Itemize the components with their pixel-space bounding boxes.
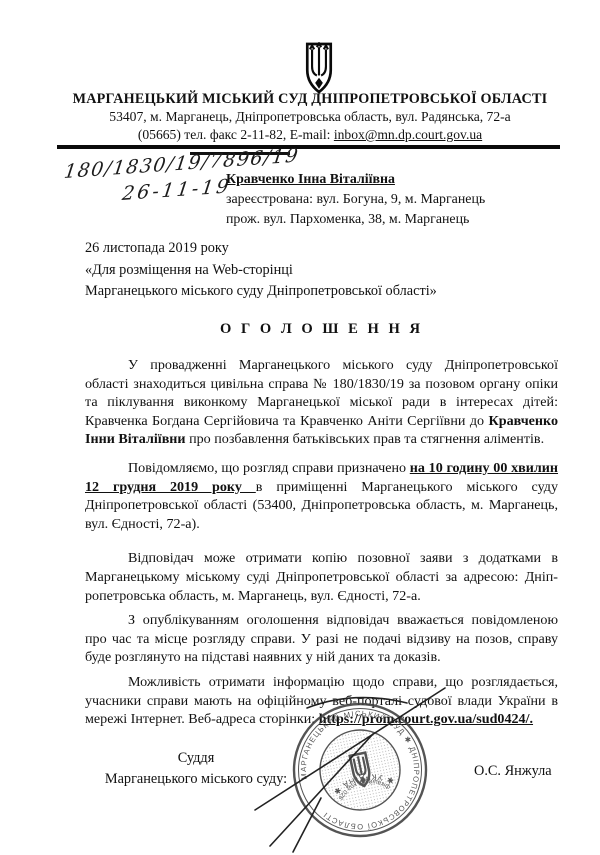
letterhead: МАРГАНЕЦЬКИЙ МІСЬКИЙ СУД ДНІПРОПЕТРОВСЬК… xyxy=(60,90,560,144)
p2-text: Повідомляємо, що розгляд справи призначе… xyxy=(128,460,410,476)
court-address: 53407, м. Марганець, Дніпропетровська об… xyxy=(60,108,560,126)
court-email: inbox@mn.dp.court.gov.ua xyxy=(334,127,482,142)
signer-name: О.С. Янжула xyxy=(474,763,552,780)
paragraph-notice-effect: З опублікуванням оголошення відповідач в… xyxy=(85,611,558,667)
document-title: О Г О Л О Ш Е Н Н Я xyxy=(85,321,558,338)
paragraph-case-info: У провадженні Марганецького міського суд… xyxy=(85,356,558,449)
court-name: МАРГАНЕЦЬКИЙ МІСЬКИЙ СУД ДНІПРОПЕТРОВСЬК… xyxy=(60,90,560,108)
recipient-residence-address: прож. вул. Пархоменка, 38, м. Марганець xyxy=(226,210,546,230)
p1-text: У провадженні Марганецького міського суд… xyxy=(85,357,558,429)
recipient-name: Кравченко Інна Віталіївна xyxy=(226,170,546,190)
purpose-line-2: Марганецького міського суду Дніпропетров… xyxy=(85,281,505,303)
scanned-court-document-page: МАРГАНЕЦЬКИЙ МІСЬКИЙ СУД ДНІПРОПЕТРОВСЬК… xyxy=(0,0,600,855)
court-seal: МАРГАНЕЦЬКИЙ МІСЬКИЙ СУД ✱ ДНІПРОПЕТРОВС… xyxy=(235,678,465,855)
recipient-registered-address: зареєстрована: вул. Богуна, 9, м. Марган… xyxy=(226,190,546,210)
document-meta: 26 листопада 2019 року «Для розміщення н… xyxy=(85,238,505,303)
document-date: 26 листопада 2019 року xyxy=(85,238,505,260)
paragraph-copy-info: Відповідач може отримати копію позовної … xyxy=(85,549,558,605)
document-body: У провадженні Марганецького міського суд… xyxy=(85,356,558,729)
purpose-line-1: «Для розміщення на Web-сторінці xyxy=(85,260,505,282)
paragraph-hearing-date: Повідомляємо, що розгляд справи призначе… xyxy=(85,459,558,533)
p1-text-end: про позбавлення батьківських прав та стя… xyxy=(186,431,545,447)
contact-prefix: (05665) тел. факс 2-11-82, E-mail: xyxy=(138,127,334,142)
recipient-block: Кравченко Інна Віталіївна зареєстрована:… xyxy=(226,170,546,230)
ukraine-trident-emblem xyxy=(303,42,335,94)
